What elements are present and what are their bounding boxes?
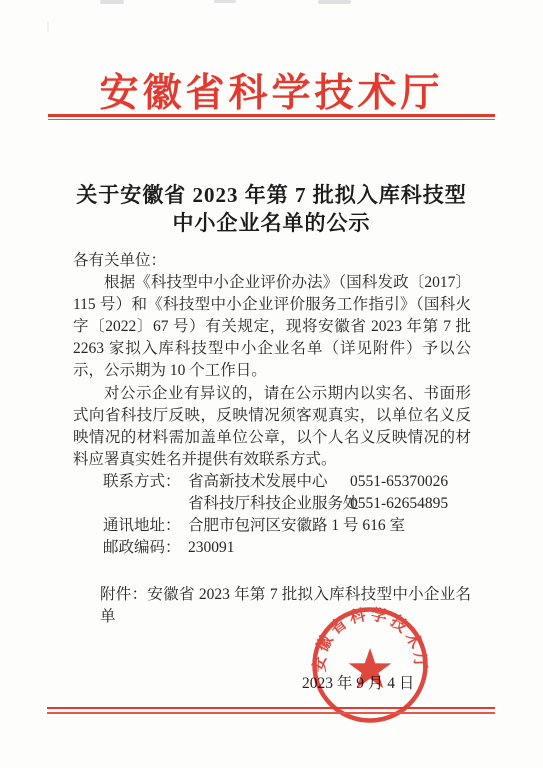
scan-artifact: [100, 0, 124, 4]
postcode-label: 邮政编码：: [103, 537, 188, 559]
address-row: 通讯地址： 合肥市包河区安徽路 1 号 616 室: [73, 515, 471, 537]
contact-phone-2: 0551-62654895: [350, 493, 448, 515]
indent-spacer: [73, 537, 103, 559]
scan-artifact: [214, 0, 236, 3]
scan-artifact: [47, 22, 49, 32]
document-body: 各有关单位： 根据《科技型中小企业评价办法》（国科发政〔2017〕115 号）和…: [73, 250, 471, 629]
address-label: 通讯地址：: [103, 515, 188, 537]
paragraph-basis: 根据《科技型中小企业评价办法》（国科发政〔2017〕115 号）和《科技型中小企…: [73, 272, 471, 382]
indent-spacer: [73, 515, 103, 537]
contact-phone-1: 0551-65370026: [350, 471, 448, 493]
postcode-row: 邮政编码： 230091: [73, 537, 471, 559]
contact-org-1: 省高新技术发展中心: [188, 471, 350, 493]
address-value: 合肥市包河区安徽路 1 号 616 室: [188, 515, 405, 537]
contact-row-2: 省科技厅科技企业服务处 0551-62654895: [73, 493, 471, 515]
paragraph-objection: 对公示企业有异议的，请在公示期内以实名、书面形式向省科技厅反映，反映情况须客观真…: [73, 383, 471, 471]
document-page: 安徽省科学技术厅 关于安徽省 2023 年第 7 批拟入库科技型 中小企业名单的…: [0, 0, 543, 768]
footer-divider-rule: [47, 707, 495, 714]
contact-org-2: 省科技厅科技企业服务处: [188, 493, 350, 515]
letterhead-agency-name: 安徽省科学技术厅: [0, 62, 543, 118]
contact-row-1: 联系方式： 省高新技术发展中心 0551-65370026: [73, 471, 471, 493]
contact-method-label: 联系方式：: [103, 471, 188, 493]
postcode-value: 230091: [188, 537, 235, 559]
letterhead-divider-rule: [48, 114, 495, 120]
indent-spacer: [73, 493, 103, 515]
document-title: 关于安徽省 2023 年第 7 批拟入库科技型 中小企业名单的公示: [40, 181, 503, 237]
indent-spacer: [73, 471, 103, 493]
document-title-line2: 中小企业名单的公示: [40, 209, 503, 237]
scan-artifact: [318, 0, 351, 4]
star-icon: [349, 648, 392, 688]
salutation: 各有关单位：: [73, 250, 471, 272]
document-title-line1: 关于安徽省 2023 年第 7 批拟入库科技型: [40, 181, 503, 209]
